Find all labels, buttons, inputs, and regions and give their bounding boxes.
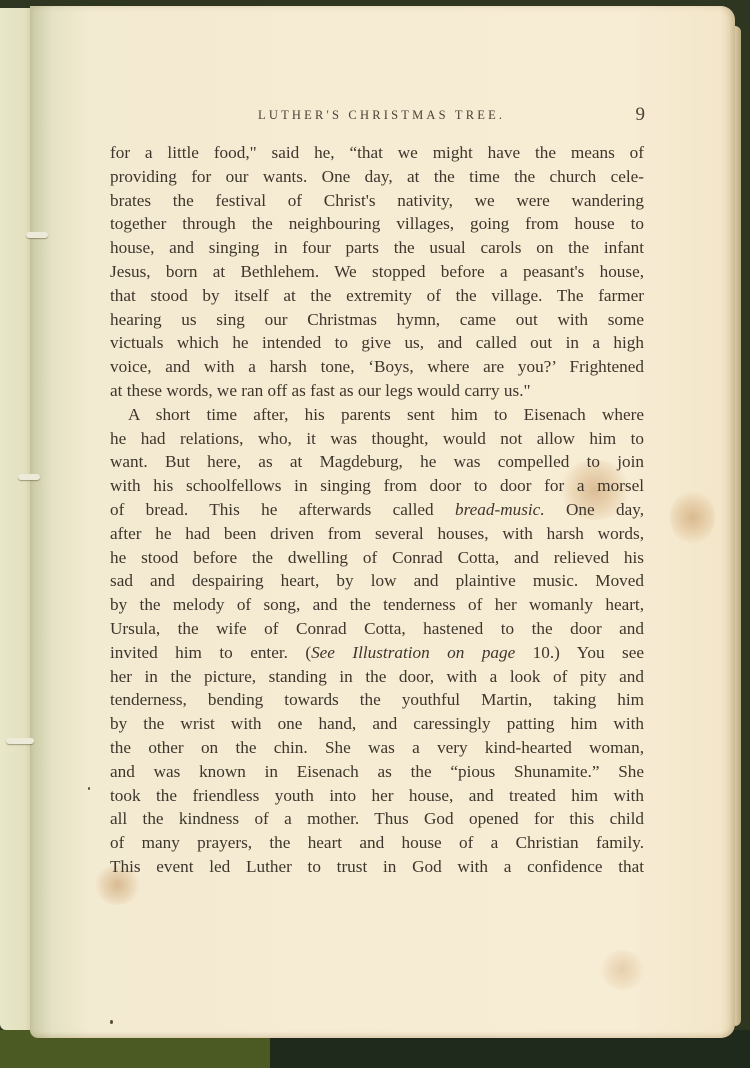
text-line: her in the picture, standing in the door… bbox=[110, 665, 644, 689]
text-line: the other on the chin. She was a very ki… bbox=[110, 736, 644, 760]
text-segment: You see bbox=[560, 643, 644, 662]
text-line: after he had been driven from several ho… bbox=[110, 522, 644, 546]
text-line: voice, and with a harsh tone, ‘Boys, whe… bbox=[110, 355, 644, 379]
binding-stitch bbox=[26, 232, 48, 238]
text-line: brates the festival of Christ's nativity… bbox=[110, 189, 644, 213]
text-line: sad and despairing heart, by low and pla… bbox=[110, 569, 644, 593]
text-line: providing for our wants. One day, at the… bbox=[110, 165, 644, 189]
page-number: 9 bbox=[636, 104, 646, 126]
text-line: of many prayers, the heart and house of … bbox=[110, 831, 644, 855]
text-line: all the kindness of a mother. Thus God o… bbox=[110, 807, 644, 831]
illustration-page-number: 10.) bbox=[515, 643, 560, 662]
text-segment: invited him to enter. ( bbox=[110, 643, 311, 662]
foxing-stain bbox=[670, 490, 715, 545]
text-line: and was known in Eisenach as the “pious … bbox=[110, 760, 644, 784]
binding-stitch bbox=[6, 738, 34, 744]
paragraph: A short time after, his parents sent him… bbox=[110, 403, 644, 879]
paper-speck bbox=[88, 787, 90, 790]
text-line: invited him to enter. (See Illustration … bbox=[110, 641, 644, 665]
text-line: want. But here, as at Magdeburg, he was … bbox=[110, 450, 644, 474]
text-line: for a little food," said he, “that we mi… bbox=[110, 141, 644, 165]
text-line: that stood by itself at the extremity of… bbox=[110, 284, 644, 308]
foxing-stain bbox=[600, 950, 645, 990]
text-line: Ursula, the wife of Conrad Cotta, hasten… bbox=[110, 617, 644, 641]
illustration-reference: See Illustration on page bbox=[311, 643, 515, 662]
paragraph: for a little food," said he, “that we mi… bbox=[110, 141, 644, 403]
running-head: LUTHER'S CHRISTMAS TREE. 9 bbox=[100, 104, 645, 128]
text-line: victuals which he intended to give us, a… bbox=[110, 331, 644, 355]
binding-stitch bbox=[18, 474, 40, 480]
page-block-edges bbox=[735, 26, 741, 1026]
paper-speck bbox=[110, 1020, 113, 1024]
text-segment: of bread. This he afterwards called bbox=[110, 500, 455, 519]
text-line: A short time after, his parents sent him… bbox=[110, 403, 644, 427]
text-line: hearing us sing our Christmas hymn, came… bbox=[110, 308, 644, 332]
text-line: house, and singing in four parts the usu… bbox=[110, 236, 644, 260]
italic-term: bread-music. bbox=[455, 500, 545, 519]
text-line: of bread. This he afterwards called brea… bbox=[110, 498, 644, 522]
text-line: by the wrist with one hand, and caressin… bbox=[110, 712, 644, 736]
text-line: Jesus, born at Bethlehem. We stopped bef… bbox=[110, 260, 644, 284]
text-line: at these words, we ran off as fast as ou… bbox=[110, 379, 644, 403]
text-line: he stood before the dwelling of Conrad C… bbox=[110, 546, 644, 570]
body-text: for a little food," said he, “that we mi… bbox=[110, 141, 644, 879]
text-segment: One day, bbox=[545, 500, 644, 519]
text-line: by the melody of song, and the tendernes… bbox=[110, 593, 644, 617]
text-line: he had relations, who, it was thought, w… bbox=[110, 427, 644, 451]
text-line: together through the neighbouring villag… bbox=[110, 212, 644, 236]
running-head-title: LUTHER'S CHRISTMAS TREE. bbox=[258, 108, 505, 123]
text-line: tenderness, bending towards the youthful… bbox=[110, 688, 644, 712]
text-line: with his schoolfellows in singing from d… bbox=[110, 474, 644, 498]
text-line: This event led Luther to trust in God wi… bbox=[110, 855, 644, 879]
text-line: took the friendless youth into her house… bbox=[110, 784, 644, 808]
